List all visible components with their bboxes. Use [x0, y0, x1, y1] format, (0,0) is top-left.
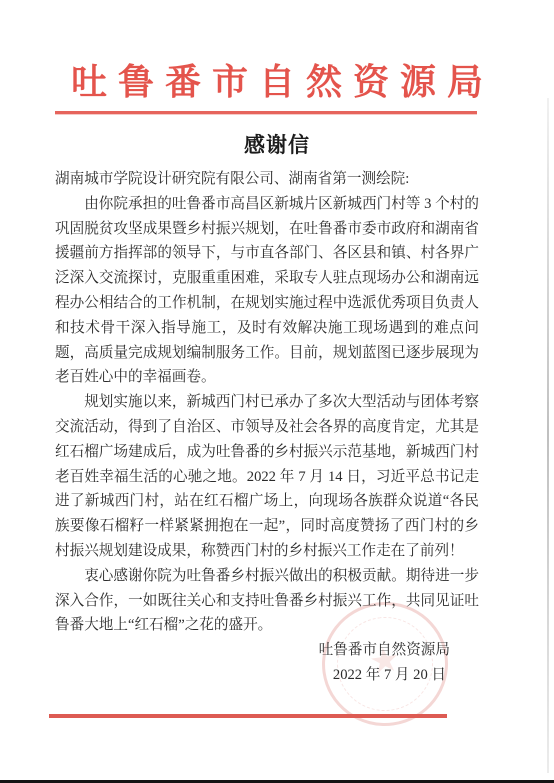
body-paragraph-3: 衷心感谢你院为吐鲁番乡村振兴做出的积极贡献。期待进一步深入合作，一如既往关心和支… [55, 564, 479, 638]
signature-organization: 吐鲁番市自然资源局 [55, 638, 479, 663]
footer-divider [49, 714, 447, 718]
letterhead-title: 吐鲁番市自然资源局 [0, 54, 554, 105]
document-title: 感谢信 [0, 129, 554, 159]
scanned-letter-page: 吐鲁番市自然资源局 感谢信 湖南城市学院设计研究院有限公司、湖南省第一测绘院: … [0, 0, 554, 783]
body-paragraph-1: 由你院承担的吐鲁番市高昌区新城片区新城西门村等 3 个村的巩固脱贫攻坚成果暨乡村… [55, 192, 479, 390]
letterhead-divider [55, 111, 477, 114]
body-paragraph-2: 规划实施以来，新城西门村已承办了多次大型活动与团体考察交流活动，得到了自治区、市… [55, 390, 479, 564]
signature-date: 2022 年 7 月 20 日 [55, 663, 479, 688]
letter-body: 湖南城市学院设计研究院有限公司、湖南省第一测绘院: 由你院承担的吐鲁番市高昌区新… [55, 167, 479, 688]
salutation-line: 湖南城市学院设计研究院有限公司、湖南省第一测绘院: [55, 167, 479, 192]
scan-artifact-right-edge [547, 98, 549, 773]
